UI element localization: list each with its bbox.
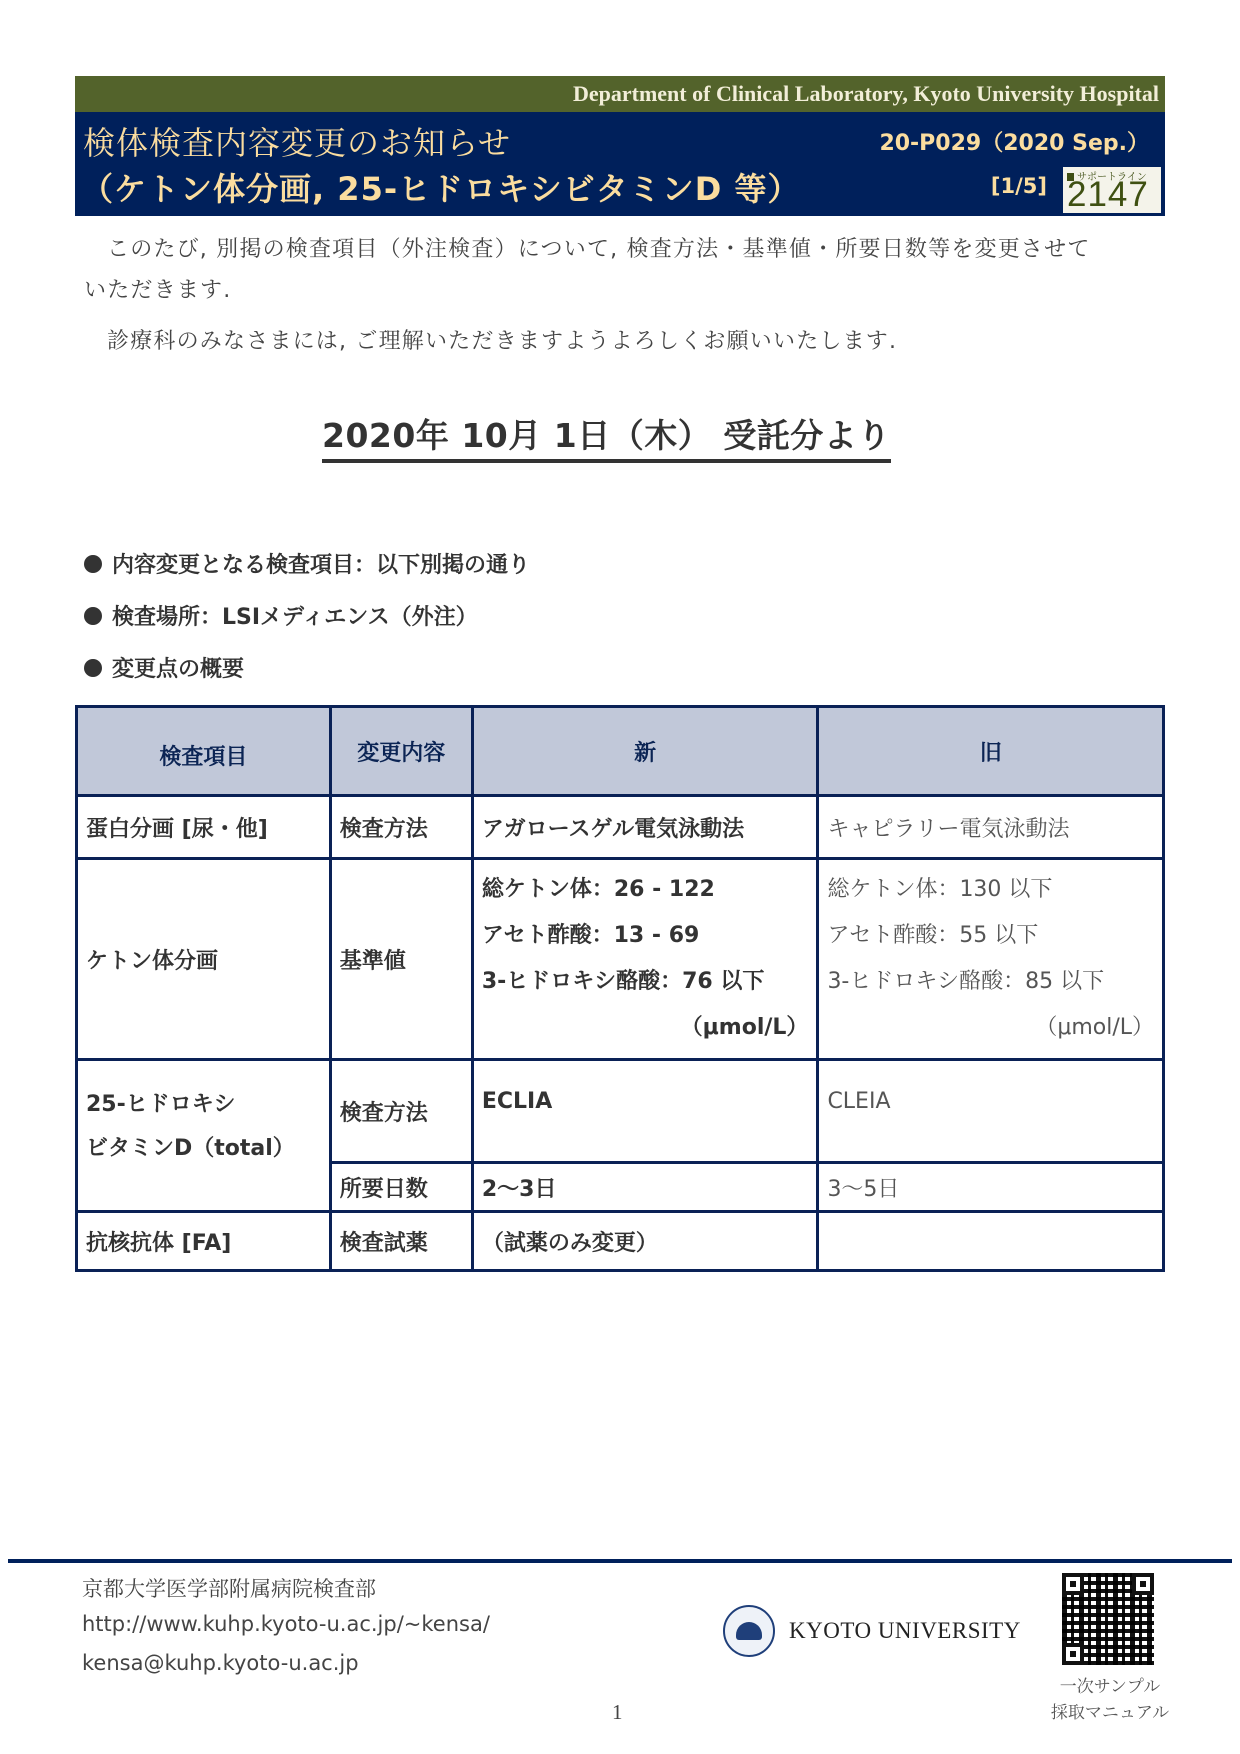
page-title: 検体検査内容変更のお知らせ: [83, 118, 511, 164]
intro-paragraph-1-cont: いただきます.: [84, 273, 231, 304]
cell-new: アガロースゲル電気泳動法: [472, 796, 818, 859]
bullet-dot-icon: [84, 659, 102, 677]
qr-finder-icon: [1132, 1573, 1154, 1595]
cell-change: 検査試薬: [330, 1212, 472, 1271]
kyoto-university-logo: KYOTO UNIVERSITY: [723, 1603, 1021, 1659]
table-row: ケトン体分画 基準値 総ケトン体：26 - 122 アセト酢酸：13 - 69 …: [77, 859, 1164, 1060]
qr-finder-icon: [1062, 1573, 1084, 1595]
department-band: Department of Clinical Laboratory, Kyoto…: [75, 76, 1165, 112]
page-indicator: [1/5]: [991, 174, 1047, 198]
bullet-summary: 変更点の概要: [84, 652, 244, 683]
bullet-dot-icon: [84, 555, 102, 573]
bullet-target-items: 内容変更となる検査項目：以下別掲の通り: [84, 548, 530, 579]
cell-new: ECLIA: [472, 1060, 818, 1163]
cell-old: [818, 1212, 1164, 1271]
header-test-item: 検査項目: [77, 707, 331, 796]
table-row: 25-ヒドロキシ ビタミンD（total） 検査方法 ECLIA CLEIA: [77, 1060, 1164, 1163]
university-name: KYOTO UNIVERSITY: [789, 1618, 1021, 1644]
bullet-dot-icon: [84, 607, 102, 625]
intro-paragraph-1: このたび, 別掲の検査項目（外注検査）について, 検査方法・基準値・所要日数等を…: [107, 232, 1091, 263]
cell-change: 基準値: [330, 859, 472, 1060]
support-line-badge: サポートライン 2147: [1063, 167, 1161, 213]
cell-old: CLEIA: [818, 1060, 1164, 1163]
cell-old: 総ケトン体：130 以下 アセト酢酸：55 以下 3-ヒドロキシ酪酸：85 以下…: [818, 859, 1164, 1060]
qr-caption-line2: 採取マニュアル: [1040, 1698, 1180, 1723]
qr-code[interactable]: [1062, 1573, 1154, 1665]
footer-website-link[interactable]: http://www.kuhp.kyoto-u.ac.jp/~kensa/: [82, 1612, 490, 1636]
table-row: 蛋白分画 [尿・他] 検査方法 アガロースゲル電気泳動法 キャピラリー電気泳動法: [77, 796, 1164, 859]
table-header-row: 検査項目 変更内容 新 旧: [77, 707, 1164, 796]
cell-item: 蛋白分画 [尿・他]: [77, 796, 331, 859]
cell-item: 抗核抗体 [FA]: [77, 1212, 331, 1271]
header-new: 新: [472, 707, 818, 796]
cell-change: 所要日数: [330, 1163, 472, 1212]
header-change-type: 変更内容: [330, 707, 472, 796]
qr-finder-icon: [1062, 1643, 1084, 1665]
footer-email-link[interactable]: kensa@kuhp.kyoto-u.ac.jp: [82, 1651, 359, 1675]
cell-change: 検査方法: [330, 796, 472, 859]
cell-change: 検査方法: [330, 1060, 472, 1163]
effective-date: 2020年 10月 1日（木） 受託分より: [322, 410, 891, 463]
cell-item: 25-ヒドロキシ ビタミンD（total）: [77, 1060, 331, 1212]
changes-table: 検査項目 変更内容 新 旧 蛋白分画 [尿・他] 検査方法 アガロースゲル電気泳…: [75, 705, 1165, 1272]
university-seal-icon: [723, 1605, 775, 1657]
footer-organization: 京都大学医学部附属病院検査部: [82, 1573, 376, 1603]
title-band: 検体検査内容変更のお知らせ （ケトン体分画, 25-ヒドロキシビタミンD 等） …: [75, 112, 1165, 216]
cell-item: ケトン体分画: [77, 859, 331, 1060]
footer-divider: [8, 1559, 1232, 1563]
cell-old: キャピラリー電気泳動法: [818, 796, 1164, 859]
header-old: 旧: [818, 707, 1164, 796]
document-id: 20-P029（2020 Sep.）: [879, 126, 1149, 157]
page-subtitle: （ケトン体分画, 25-ヒドロキシビタミンD 等）: [81, 164, 801, 210]
cell-old: 3～5日: [818, 1163, 1164, 1212]
page-number: 1: [612, 1700, 623, 1725]
cell-new: 総ケトン体：26 - 122 アセト酢酸：13 - 69 3-ヒドロキシ酪酸：7…: [472, 859, 818, 1060]
department-name: Department of Clinical Laboratory, Kyoto…: [573, 81, 1159, 107]
intro-paragraph-2: 診療科のみなさまには, ご理解いただきますようよろしくお願いいたします.: [107, 324, 897, 355]
cell-new: 2～3日: [472, 1163, 818, 1212]
bullet-testing-site: 検査場所：LSIメディエンス（外注）: [84, 600, 478, 631]
qr-caption-line1: 一次サンプル: [1040, 1672, 1180, 1697]
cell-new: （試薬のみ変更）: [472, 1212, 818, 1271]
table-row: 抗核抗体 [FA] 検査試薬 （試薬のみ変更）: [77, 1212, 1164, 1271]
support-line-number: 2147: [1067, 177, 1149, 213]
